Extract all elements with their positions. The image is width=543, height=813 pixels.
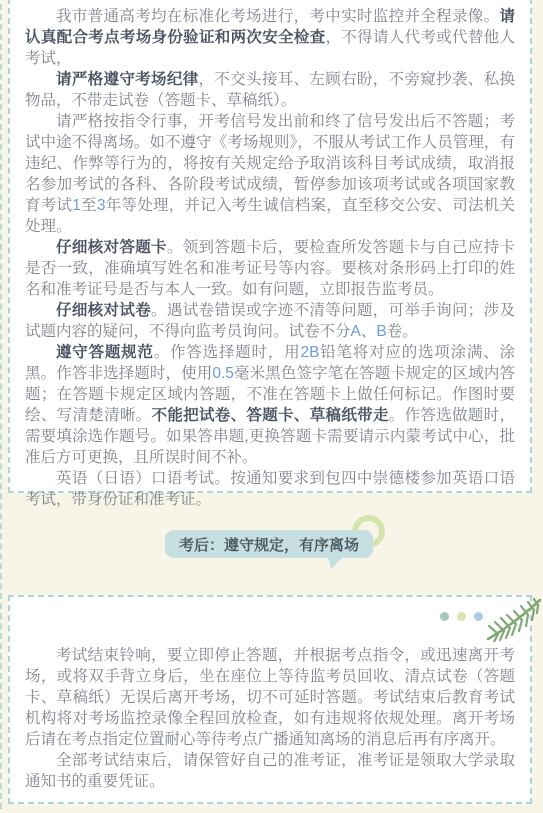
exam-rules-text: 我市普通高考均在标准化考场进行，考中实时监控并全程录像。请认真配合考点考场身份验… <box>25 6 515 510</box>
highlight-text: 1 <box>72 197 81 214</box>
emphasis-text: 请严格遵守考场纪律 <box>56 71 199 88</box>
paragraph: 请严格按指令行事，开考信号发出前和终了信号发出后不答题；考试中途不得离场。如不遵… <box>25 111 515 237</box>
after-exam-card: 考试结束铃响，要立即停止答题，并根据考点指令，或迅速离开考场，或将双手背立身后，… <box>8 595 532 804</box>
after-exam-banner: 考后：遵守规定，有序离场 <box>165 530 373 558</box>
highlight-text: 0.5 <box>212 365 234 382</box>
highlight-text: 3 <box>97 197 106 214</box>
body-text: 、 <box>361 323 377 340</box>
emphasis-text: 遵守答题规范 <box>56 344 154 361</box>
body-text: 至 <box>81 197 97 214</box>
highlight-text: A <box>351 323 361 340</box>
body-text: 全部考试结束后，请保管好自己的准考证，准考证是领取大学录取通知书的重要凭证。 <box>25 752 515 790</box>
paragraph: 仔细核对试卷。遇试卷错误或字迹不清等问题，可举手询问；涉及试题内容的疑问，不得向… <box>25 300 515 342</box>
after-exam-banner-label: 考后：遵守规定，有序离场 <box>179 534 359 555</box>
body-text: 。作答选择题时，用 <box>154 344 301 361</box>
paragraph: 全部考试结束后，请保管好自己的准考证，准考证是领取大学录取通知书的重要凭证。 <box>25 750 515 792</box>
dot-decoration <box>474 612 483 621</box>
paragraph: 考试结束铃响，要立即停止答题，并根据考点指令，或迅速离开考场，或将双手背立身后，… <box>25 645 515 750</box>
paragraph: 请严格遵守考场纪律，不交头接耳、左顾右盼，不旁窥抄袭、私换物品，不带走试卷（答题… <box>25 69 515 111</box>
paragraph: 我市普通高考均在标准化考场进行，考中实时监控并全程录像。请认真配合考点考场身份验… <box>25 6 515 69</box>
emphasis-text: 仔细核对试卷 <box>56 302 151 319</box>
highlight-text: 2B <box>300 344 319 361</box>
dot-decoration <box>440 612 449 621</box>
leaf-icon <box>486 594 542 642</box>
body-text: 卷。 <box>387 323 418 340</box>
exam-rules-card: 我市普通高考均在标准化考场进行，考中实时监控并全程录像。请认真配合考点考场身份验… <box>8 0 532 493</box>
dot-decoration <box>457 612 466 621</box>
emphasis-text: 不能把试卷、答题卡、草稿纸带走 <box>152 407 389 424</box>
paragraph: 仔细核对答题卡。领到答题卡后，要检查所发答题卡与自己应持卡是否一致，准确填写姓名… <box>25 237 515 300</box>
body-text: 英语（日语）口语考试。按通知要求到包四中崇德楼参加英语口语考试，带身份证和准考证… <box>25 470 515 508</box>
page-left-frame-border <box>0 0 2 813</box>
body-text: 考试结束铃响，要立即停止答题，并根据考点指令，或迅速离开考场，或将双手背立身后，… <box>25 647 515 748</box>
paragraph: 遵守答题规范。作答选择题时，用2B铅笔将对应的选项涂满、涂黑。作答非选择题时，使… <box>25 342 515 468</box>
highlight-text: B <box>376 323 386 340</box>
emphasis-text: 仔细核对答题卡 <box>56 239 167 256</box>
after-exam-text: 考试结束铃响，要立即停止答题，并根据考点指令，或迅速离开考场，或将双手背立身后，… <box>25 645 515 792</box>
paragraph: 英语（日语）口语考试。按通知要求到包四中崇德楼参加英语口语考试，带身份证和准考证… <box>25 468 515 510</box>
body-text: 我市普通高考均在标准化考场进行，考中实时监控并全程录像。 <box>56 8 499 25</box>
